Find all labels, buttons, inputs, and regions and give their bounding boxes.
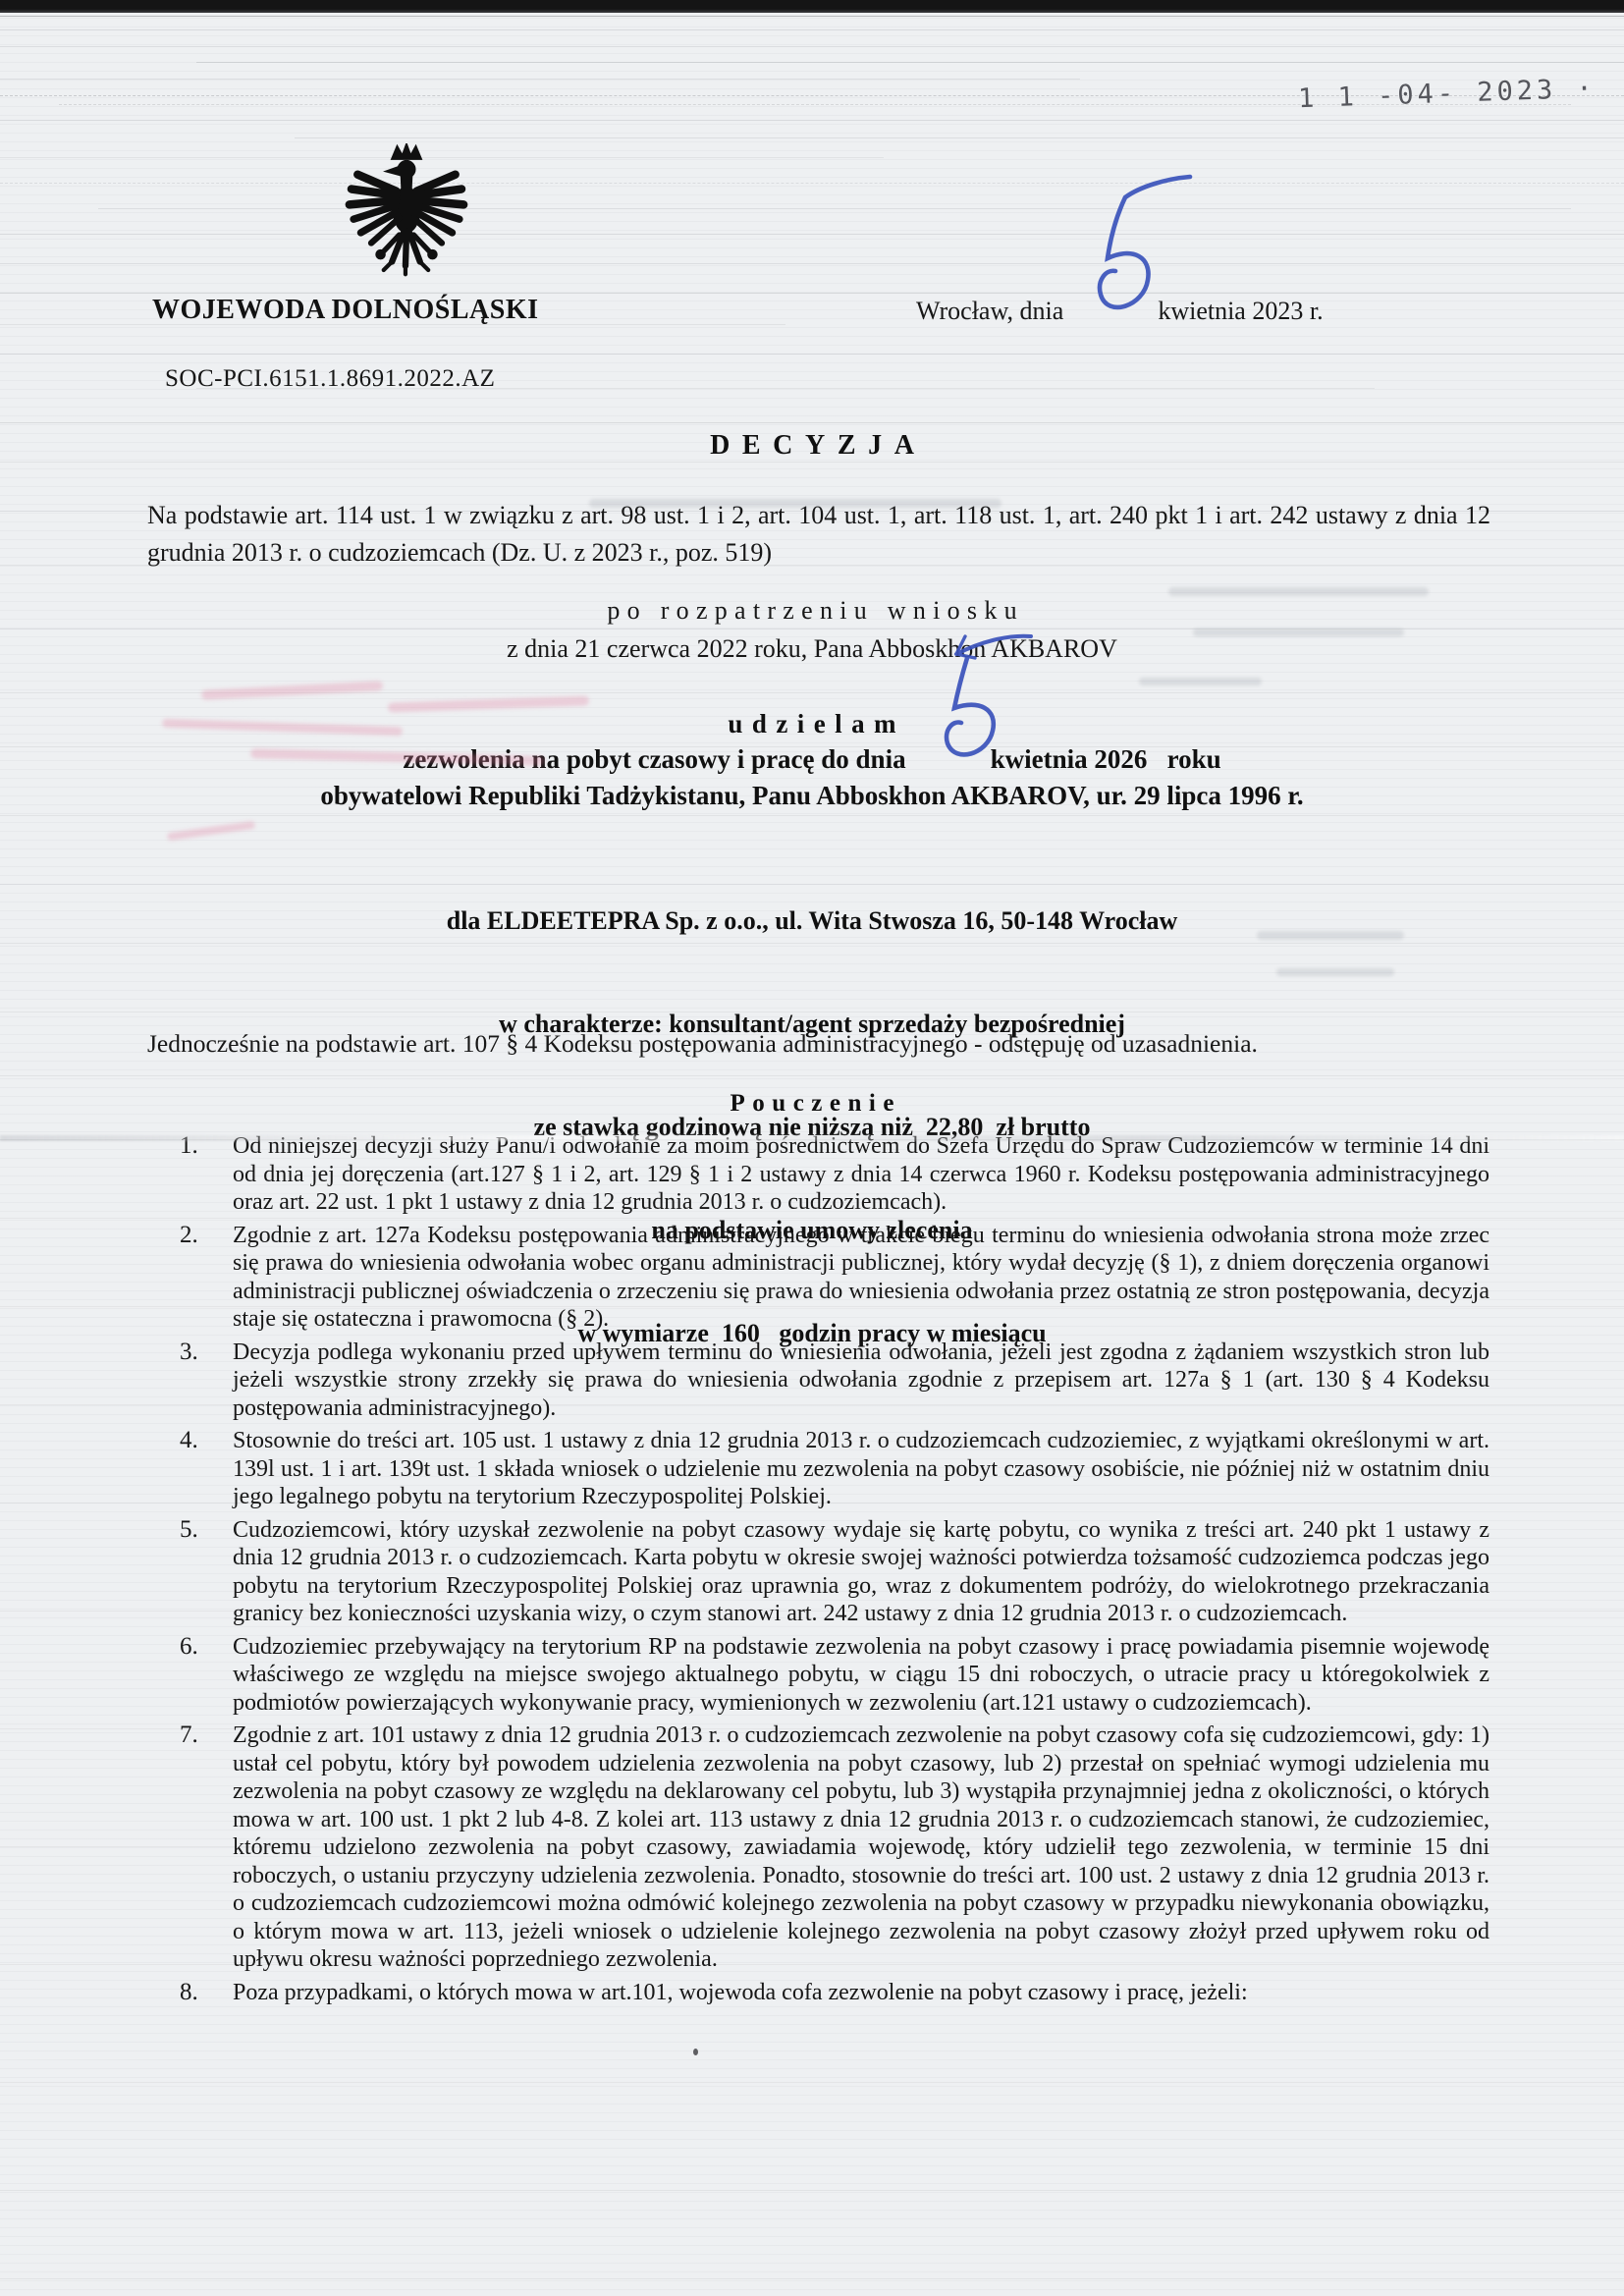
instruction-list: 1.Od niniejszej decyzji służy Panu/i odw… (180, 1132, 1489, 2011)
stray-ink-dot (693, 2049, 698, 2055)
item-text: Zgodnie z art. 101 ustawy z dnia 12 grud… (233, 1722, 1489, 1974)
issuer-name: WOJEWODA DOLNOŚLĄSKI (152, 295, 539, 326)
legal-basis-paragraph: Na podstawie art. 114 ust. 1 w związku z… (147, 497, 1490, 572)
permit-suffix: kwietnia 2026 roku (991, 744, 1221, 774)
scan-streak (0, 16, 1624, 17)
scan-streak (0, 629, 1624, 629)
scan-streak (0, 293, 1624, 294)
scan-streak (0, 354, 1624, 355)
place-date-suffix: kwietnia 2023 r. (1158, 297, 1323, 325)
scan-streak (98, 208, 1571, 209)
scan-streak (0, 29, 1624, 30)
instruction-item: 3.Decyzja podlega wykonaniu przed upływe… (180, 1339, 1489, 1423)
instruction-item: 4.Stosownie do treści art. 105 ust. 1 us… (180, 1427, 1489, 1511)
decision-document-page: 1 1 -04- 2023 · (0, 0, 1624, 2296)
coat-of-arms-eagle-icon (344, 143, 469, 289)
grant-verb: udzielam (0, 709, 1624, 739)
scan-streak (0, 692, 1624, 693)
scan-streak (0, 2278, 1624, 2279)
scan-streak (0, 422, 1624, 423)
item-text: Od niniejszej decyzji służy Panu/i odwoł… (233, 1132, 1489, 1217)
employer-line: dla ELDEETEPRA Sp. z o.o., ul. Wita Stwo… (0, 903, 1624, 938)
item-number: 7. (180, 1722, 233, 1750)
scan-streak (0, 2190, 1624, 2191)
scan-streak (0, 263, 1624, 264)
scan-streak (0, 120, 1624, 121)
scan-crease (0, 1135, 1624, 1141)
instruction-item: 6.Cudzoziemiec przebywający na terytoriu… (180, 1633, 1489, 1718)
instruction-item: 1.Od niniejszej decyzji służy Panu/i odw… (180, 1132, 1489, 1217)
justification-waiver: Jednocześnie na podstawie art. 107 § 4 K… (147, 1029, 1492, 1059)
case-number: SOC-PCI.6151.1.8691.2022.AZ (165, 365, 495, 393)
item-text: Cudzoziemcowi, który uzyskał zezwolenie … (233, 1516, 1489, 1628)
scan-streak (0, 46, 1624, 47)
item-number: 6. (180, 1633, 233, 1662)
application-date-line: z dnia 21 czerwca 2022 roku, Pana Abbosk… (0, 634, 1624, 664)
permit-line: zezwolenia na pobyt czasowy i pracę do d… (0, 744, 1624, 775)
scan-streak (0, 183, 1624, 185)
item-number: 3. (180, 1339, 233, 1367)
scan-streak (196, 62, 1624, 63)
instruction-item: 2.Zgodnie z art. 127a Kodeksu postępowan… (180, 1222, 1489, 1334)
item-number: 8. (180, 1979, 233, 2007)
scan-streak (0, 79, 1080, 80)
receipt-date-stamp: 1 1 -04- 2023 · (1298, 74, 1594, 114)
bleed-mark-pink (201, 681, 383, 700)
bleed-mark-gray (1168, 587, 1429, 596)
permit-prefix: zezwolenia na pobyt czasowy i pracę do d… (403, 744, 905, 774)
scan-streak (0, 815, 1624, 816)
item-text: Decyzja podlega wykonaniu przed upływem … (233, 1339, 1489, 1423)
instruction-item: 7.Zgodnie z art. 101 ustawy z dnia 12 gr… (180, 1722, 1489, 1974)
scan-streak (0, 234, 1624, 235)
place-and-date-line: Wrocław, dniakwietnia 2023 r. (916, 297, 1324, 326)
scan-streak (0, 2082, 1624, 2083)
place-date-prefix: Wrocław, dnia (916, 297, 1063, 325)
instruction-item: 5.Cudzoziemcowi, który uzyskał zezwoleni… (180, 1516, 1489, 1628)
instruction-item: 8.Poza przypadkami, o których mowa w art… (180, 1979, 1489, 2007)
item-number: 5. (180, 1516, 233, 1545)
scan-top-band (0, 0, 1624, 13)
application-review-line: po rozpatrzeniu wniosku (0, 596, 1624, 626)
item-text: Zgodnie z art. 127a Kodeksu postępowania… (233, 1222, 1489, 1334)
item-text: Stosownie do treści art. 105 ust. 1 usta… (233, 1427, 1489, 1511)
instruction-heading: Pouczenie (0, 1090, 1624, 1118)
item-number: 2. (180, 1222, 233, 1250)
bleed-mark-gray (1139, 678, 1262, 685)
beneficiary-line: obywatelowi Republiki Tadżykistanu, Panu… (0, 781, 1624, 811)
scan-streak (295, 137, 1624, 138)
decision-title: DECYZJA (0, 430, 1624, 462)
scan-streak (0, 462, 1624, 463)
item-text: Cudzoziemiec przebywający na terytorium … (233, 1633, 1489, 1718)
item-text: Poza przypadkami, o których mowa w art.1… (233, 1979, 1489, 2007)
item-number: 4. (180, 1427, 233, 1455)
